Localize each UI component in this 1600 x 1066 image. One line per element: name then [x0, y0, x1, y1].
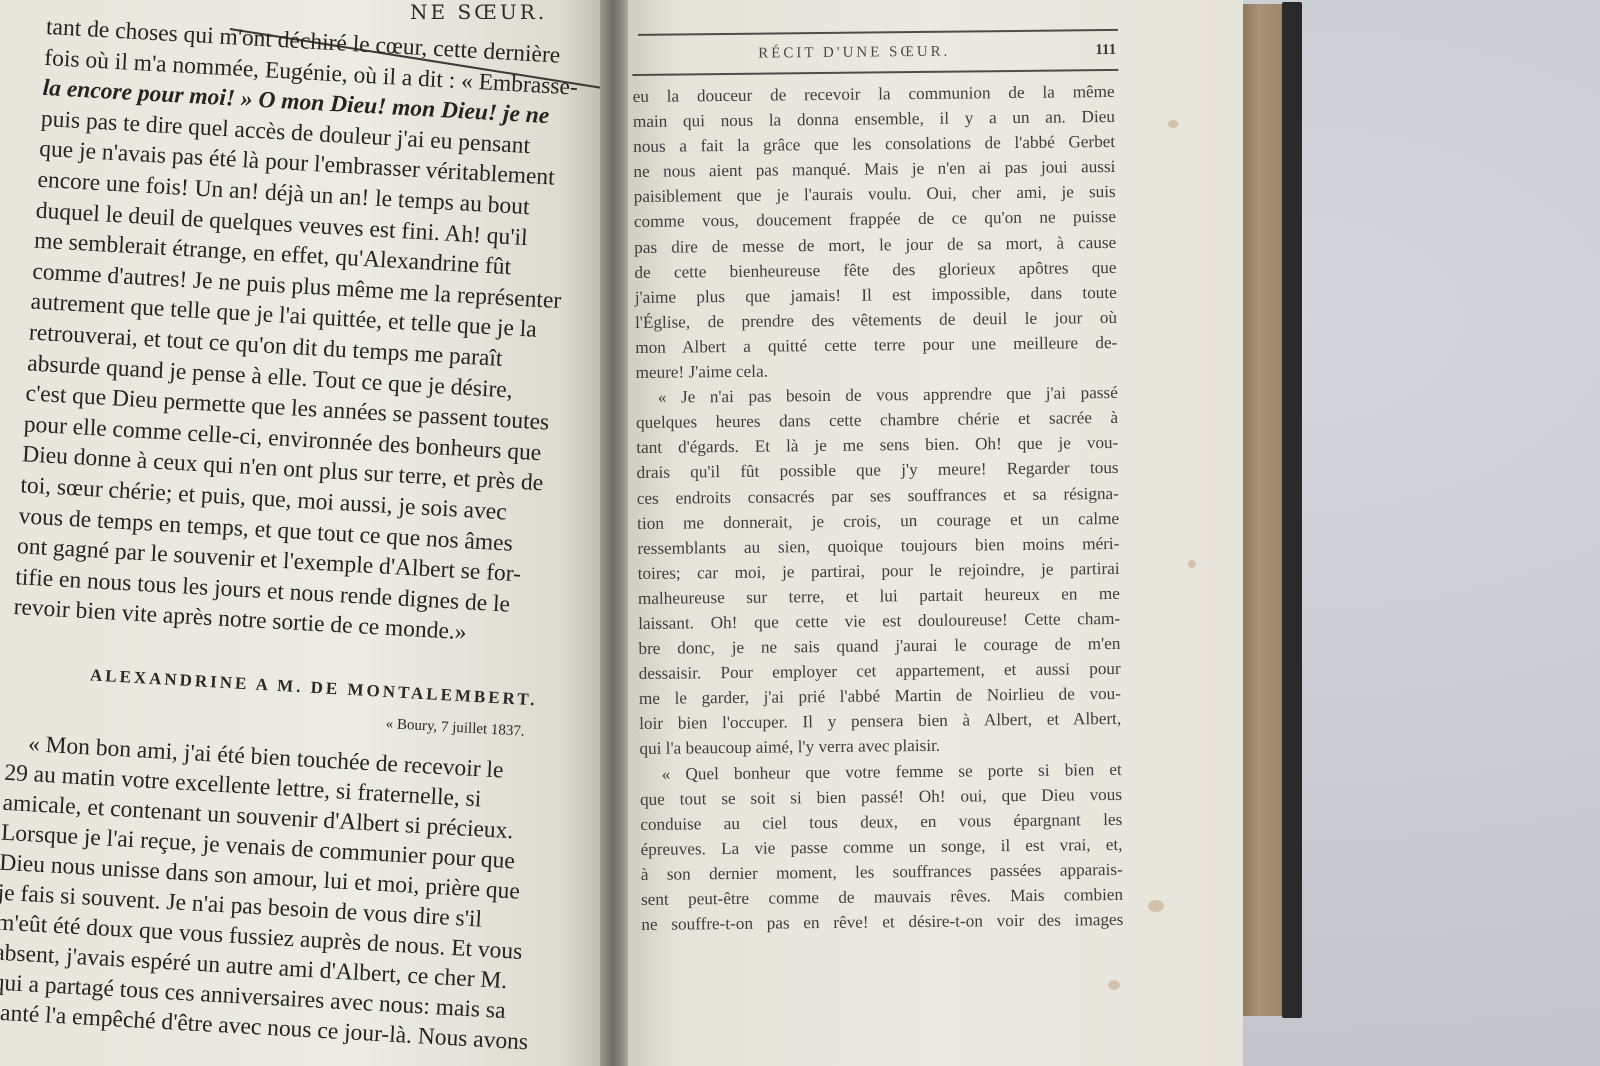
right-page-text: RÉCIT D'UNE SŒUR. 111 eu la douceur de r… [632, 29, 1131, 937]
letter-dateline: « Boury, 7 juillet 1837. [385, 716, 608, 745]
text-line: ne souffre-t-on pas en rêve! et désire-t… [641, 907, 1123, 937]
right-page: RÉCIT D'UNE SŒUR. 111 eu la douceur de r… [628, 0, 1243, 1066]
foxing-spot [1168, 120, 1178, 128]
left-paragraph-bottom: « Mon bon ami, j'ai été bien touchée de … [0, 728, 606, 1061]
letter-title: ALEXANDRINE A M. DE MONTALEMBERT. [89, 665, 609, 714]
book-cover-edge [1282, 2, 1302, 1018]
right-page-body: eu la douceur de recevoir la communion d… [633, 79, 1132, 937]
left-paragraph-top: tant de choses qui m'ont déchiré le cœur… [13, 12, 610, 656]
foxing-spot [1108, 980, 1120, 990]
left-page-text: tant de choses qui m'ont déchiré le cœur… [0, 0, 610, 1061]
open-book: NE SŒUR. tant de choses qui m'ont déchir… [0, 0, 1320, 1066]
right-running-head: RÉCIT D'UNE SŒUR. [758, 43, 950, 62]
right-page-header: RÉCIT D'UNE SŒUR. 111 [632, 31, 1122, 74]
page-block-edge [1243, 4, 1283, 1016]
foxing-spot [1148, 900, 1164, 912]
foxing-spot [1188, 560, 1196, 568]
page-number: 111 [1095, 41, 1116, 58]
left-page: NE SŒUR. tant de choses qui m'ont déchir… [0, 0, 610, 1066]
text-line: mon Albert a quitté cette terre pour une… [635, 330, 1117, 360]
